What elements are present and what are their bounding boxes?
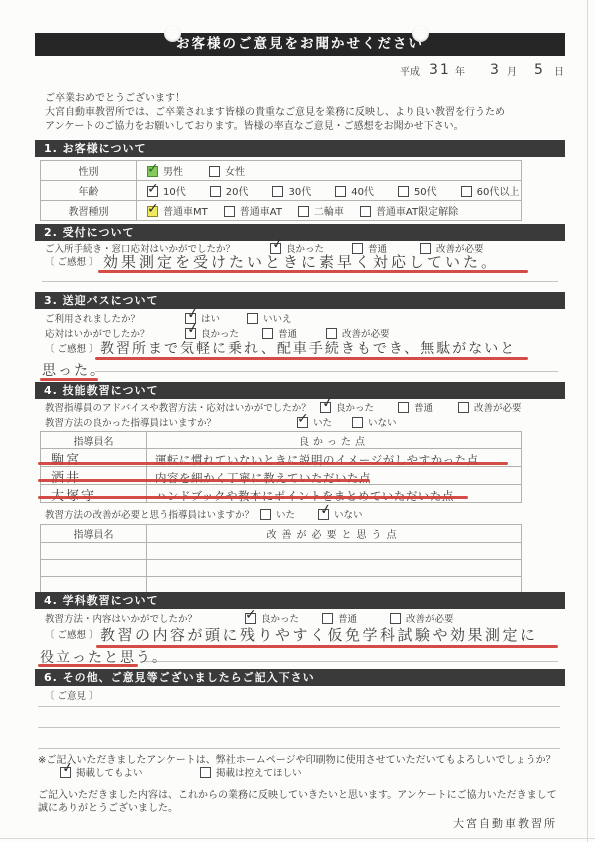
checkbox-age-20s[interactable] <box>210 186 221 197</box>
checkbox-female[interactable] <box>209 166 220 177</box>
date-line: 平成 31 年 3 月 5 日 <box>0 66 595 81</box>
option-good-instructor-yes: いた <box>297 417 332 431</box>
good-instructor-question: 教習方法の良かった指導員はいますか？ <box>45 417 216 431</box>
checkbox-age-40s[interactable] <box>335 186 346 197</box>
empty-name-cell[interactable] <box>41 577 146 593</box>
option-course-mt: 普通車MT <box>147 203 208 218</box>
option-bus-no: いいえ <box>247 313 292 327</box>
comment-label: 〔 ご感想 〕 <box>45 256 99 270</box>
red-underline <box>98 270 528 273</box>
course-label: 教習種別 <box>69 203 109 218</box>
form-title: お客様のご意見をお聞かせください <box>176 36 424 52</box>
option-improve-instructor-yes: いた <box>260 509 295 523</box>
checkbox-course-at-limited[interactable] <box>360 206 371 217</box>
date-year-value: 31 <box>429 63 451 77</box>
opinion-write-line[interactable] <box>38 727 560 728</box>
checkbox-bus-no[interactable] <box>247 313 258 324</box>
option-age-60s-plus: 60代以上 <box>461 183 520 198</box>
good-instructor-table: 指導員名 良かった点 駒宮 運転に慣れていないときに説明のイメージがしやすかった… <box>40 431 522 503</box>
opinion-label: 〔 ご意見 〕 <box>45 690 99 704</box>
table-row-empty <box>41 542 521 559</box>
checkbox-good-instructor-yes[interactable] <box>297 417 308 428</box>
opinion-write-line[interactable] <box>38 706 560 707</box>
table-header-row: 指導員名 改善が必要と思う点 <box>41 525 521 542</box>
checkbox-improve-instructor-no[interactable] <box>318 509 329 520</box>
header-instructor-name: 指導員名 <box>74 433 114 448</box>
checkbox-classroom-improve[interactable] <box>390 613 401 624</box>
checkbox-male[interactable] <box>147 166 158 177</box>
empty-name-cell[interactable] <box>41 543 146 559</box>
red-underline <box>40 378 98 381</box>
empty-point-cell[interactable] <box>146 577 521 593</box>
instructor-name-handwritten[interactable]: 酒井 <box>41 471 81 484</box>
intro-line-3: アンケートのご協力をお願いしております。皆様の率直なご意見・ご感想をお聞かせ下さ… <box>45 120 464 134</box>
checkbox-age-50s[interactable] <box>398 186 409 197</box>
gender-label: 性別 <box>79 163 99 178</box>
table-row-empty <box>41 576 521 593</box>
table-row: 性別 男性 女性 <box>41 161 521 180</box>
option-age-40s: 40代 <box>335 183 374 198</box>
ruled-line <box>140 661 558 662</box>
header-instructor-name: 指導員名 <box>74 526 114 541</box>
checkbox-skill-normal[interactable] <box>398 402 409 413</box>
table-row: 教習種別 普通車MT 普通車AT 二輪車 普通車AT限定解除 <box>41 200 521 220</box>
checkbox-classroom-good[interactable] <box>245 613 256 624</box>
section1-header: 1. お客様について <box>35 140 565 157</box>
checkbox-skill-good[interactable] <box>320 402 331 413</box>
school-signature: 大宮自動車教習所 <box>453 815 557 831</box>
reception-comment-handwritten[interactable]: 効果測定を受けたいときに素早く対応していた。 <box>103 251 499 272</box>
option-publish-no: 掲載は控えてほしい <box>200 767 302 781</box>
good-point-handwritten[interactable]: 内容を細かく丁寧に教えていただいた点 <box>147 471 371 484</box>
option-course-at-limited: 普通車AT限定解除 <box>360 203 458 218</box>
header-good-point: 良かった点 <box>299 433 369 448</box>
checkbox-publish-ok[interactable] <box>60 767 71 778</box>
checkbox-classroom-normal[interactable] <box>322 613 333 624</box>
checkbox-course-motorcycle[interactable] <box>298 206 309 217</box>
option-female: 女性 <box>209 163 245 178</box>
survey-form-page: お客様のご意見をお聞かせください 平成 31 年 3 月 5 日 ご卒業おめでと… <box>0 0 595 842</box>
header-improve-point: 改善が必要と思う点 <box>267 526 402 541</box>
empty-point-cell[interactable] <box>146 543 521 559</box>
red-underline <box>95 357 528 360</box>
ruled-line <box>42 281 558 282</box>
option-publish-ok: 掲載してもよい <box>60 767 143 781</box>
option-skill-normal: 普通 <box>398 402 433 416</box>
option-male: 男性 <box>147 163 183 178</box>
red-underline <box>38 479 370 482</box>
date-day-suffix: 日 <box>554 66 564 80</box>
option-age-50s: 50代 <box>398 183 437 198</box>
closing-line-1: ご記入いただきました内容は、これからの業務に反映していきたいと思います。アンケー… <box>38 789 557 803</box>
date-era-label: 平成 <box>400 66 420 80</box>
customer-info-table: 性別 男性 女性 年齢 10代 20代 30代 40代 50代 60代以上 教習… <box>40 160 522 221</box>
bus-comment-line2-handwritten[interactable]: 思った。 <box>42 360 106 380</box>
intro-line-2: 大宮自動車教習所では、ご卒業されます皆様の貴重なご意見を業務に反映し、より良い教… <box>45 106 505 120</box>
section3-header: 3. 送迎バスについて <box>35 292 565 309</box>
checkbox-course-mt[interactable] <box>147 206 158 217</box>
comment-label: 〔 ご感想 〕 <box>45 629 99 643</box>
instructor-advice-question: 教習指導員のアドバイスや教習方法・応対はいかがでしたか？ <box>45 402 311 416</box>
date-year-suffix: 年 <box>455 66 465 80</box>
empty-point-cell[interactable] <box>146 560 521 576</box>
punch-hole-right <box>412 25 429 42</box>
table-row: 年齢 10代 20代 30代 40代 50代 60代以上 <box>41 180 521 200</box>
option-age-10s: 10代 <box>147 183 186 198</box>
scan-edge-right <box>587 0 588 842</box>
checkbox-skill-improve[interactable] <box>458 402 469 413</box>
checkbox-good-instructor-no[interactable] <box>352 417 363 428</box>
closing-line-2: 誠にありがとうございました。 <box>38 802 178 816</box>
option-good-instructor-no: いない <box>352 417 397 431</box>
section5-header: 4. 学科教習について <box>35 592 565 609</box>
table-row: 大塚守 ハンドブックや教本にポイントをまとめていただいた点 <box>41 484 521 502</box>
empty-name-cell[interactable] <box>41 560 146 576</box>
checkbox-publish-no[interactable] <box>200 767 211 778</box>
option-age-30s: 30代 <box>272 183 311 198</box>
option-course-at: 普通車AT <box>224 203 282 218</box>
opinion-write-line[interactable] <box>38 748 560 749</box>
bus-used-question: ご利用されましたか？ <box>45 313 140 327</box>
option-course-motorcycle: 二輪車 <box>298 203 344 218</box>
form-title-bar: お客様のご意見をお聞かせください <box>35 33 565 56</box>
publish-permission-note: ※ご記入いただきましたアンケートは、弊社ホームページや印刷物に使用させていただい… <box>38 754 556 768</box>
table-row-empty <box>41 559 521 576</box>
checkbox-age-30s[interactable] <box>272 186 283 197</box>
ruled-line <box>95 371 558 372</box>
date-month-suffix: 月 <box>507 66 517 80</box>
intro-line-1: ご卒業おめでとうございます！ <box>45 92 185 106</box>
red-underline <box>38 664 138 667</box>
section4-header: 4. 技能教習について <box>35 382 565 399</box>
checkbox-improve-instructor-yes[interactable] <box>260 509 271 520</box>
date-day-value: 5 <box>534 63 545 77</box>
age-label: 年齢 <box>79 183 99 198</box>
classroom-comment-line1-handwritten[interactable]: 教習の内容が頭に残りやすく仮免学科試験や効果測定に <box>100 624 538 645</box>
comment-label: 〔 ご感想 〕 <box>45 343 99 357</box>
red-underline <box>38 496 468 499</box>
checkbox-course-at[interactable] <box>224 206 235 217</box>
option-skill-good: 良かった <box>320 402 374 416</box>
red-underline <box>38 462 508 465</box>
bus-comment-line1-handwritten[interactable]: 教習所まで気軽に乗れ、配車手続きもでき、無駄がないと <box>100 338 516 358</box>
option-skill-improve: 改善が必要 <box>458 402 522 416</box>
checkbox-age-10s[interactable] <box>147 186 158 197</box>
section2-header: 2. 受付について <box>35 224 565 241</box>
scan-edge-bottom <box>0 838 595 839</box>
improve-instructor-question: 教習方法の改善が必要と思う指導員はいますか？ <box>45 509 254 523</box>
improve-instructor-table: 指導員名 改善が必要と思う点 <box>40 524 522 594</box>
punch-hole-left <box>164 25 181 42</box>
date-month-value: 3 <box>490 63 501 77</box>
section6-header: 6. その他、ご意見等ございましたらご記入下さい <box>35 669 565 686</box>
table-header-row: 指導員名 良かった点 <box>41 432 521 448</box>
option-age-20s: 20代 <box>210 183 249 198</box>
checkbox-age-60s-plus[interactable] <box>461 186 472 197</box>
option-improve-instructor-no: いない <box>318 509 363 523</box>
